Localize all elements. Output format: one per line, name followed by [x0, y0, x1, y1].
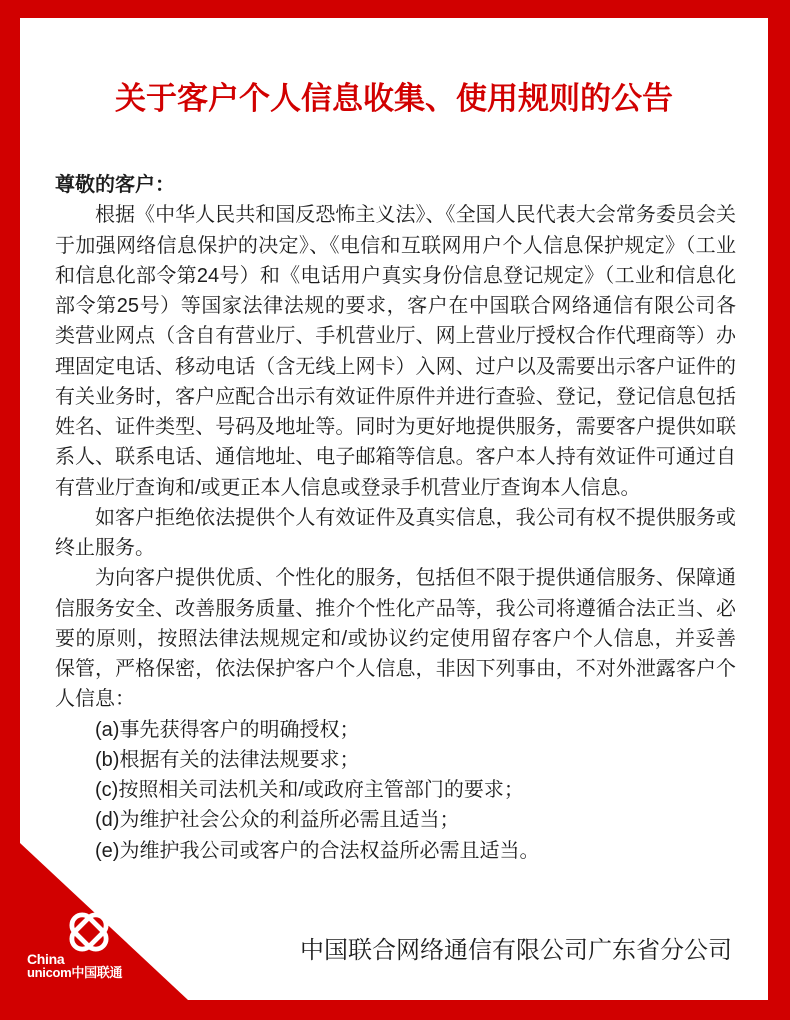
list-item-b: (b)根据有关的法律法规要求；: [55, 745, 736, 775]
notice-page: 关于客户个人信息收集、使用规则的公告 尊敬的客户： 根据《中华人民共和国反恐怖主…: [0, 0, 790, 1020]
china-unicom-logo: China unicom中国联通: [20, 910, 190, 990]
paragraph-legal-basis: 根据《中华人民共和国反恐怖主义法》、《全国人民代表大会常务委员会关于加强网络信息…: [55, 200, 736, 503]
list-item-a: (a)事先获得客户的明确授权；: [55, 715, 736, 745]
unicom-wordmark-line2: unicom中国联通: [27, 966, 122, 980]
list-item-c: (c)按照相关司法机关和/或政府主管部门的要求；: [55, 775, 736, 805]
company-signature: 中国联合网络通信有限公司广东省分公司: [300, 930, 732, 965]
list-item-e: (e)为维护我公司或客户的合法权益所必需且适当。: [55, 836, 736, 866]
unicom-wordmark-line1: China: [27, 952, 122, 966]
notice-body: 尊敬的客户： 根据《中华人民共和国反恐怖主义法》、《全国人民代表大会常务委员会关…: [55, 170, 736, 866]
notice-content-area: 关于客户个人信息收集、使用规则的公告 尊敬的客户： 根据《中华人民共和国反恐怖主…: [20, 18, 768, 1000]
unicom-wordmark: China unicom中国联通: [27, 952, 122, 980]
page-title: 关于客户个人信息收集、使用规则的公告: [20, 73, 768, 118]
paragraph-usage-principles: 为向客户提供优质、个性化的服务，包括但不限于提供通信服务、保障通信服务安全、改善…: [55, 563, 736, 714]
greeting-line: 尊敬的客户：: [55, 170, 736, 200]
unicom-knot-icon: [64, 910, 114, 954]
paragraph-refusal: 如客户拒绝依法提供个人有效证件及真实信息，我公司有权不提供服务或终止服务。: [55, 503, 736, 564]
list-item-d: (d)为维护社会公众的利益所必需且适当；: [55, 805, 736, 835]
